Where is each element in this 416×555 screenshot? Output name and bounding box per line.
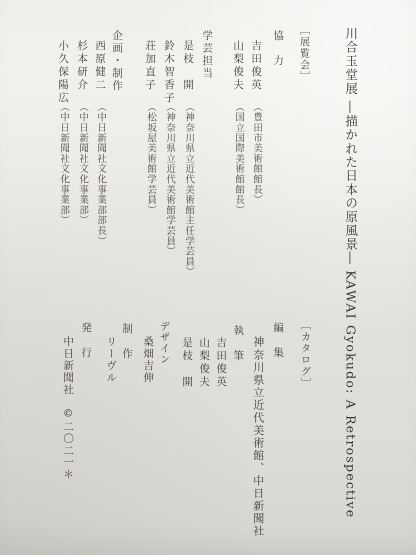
person-affiliation: （神奈川県立近代美術館主任学芸員） — [183, 102, 194, 277]
curator-person: 荘加直子（松坂屋美術館学芸員） — [143, 40, 156, 215]
editing-value: 神奈川県立近代美術館、中日新聞社 — [251, 336, 265, 538]
person-affiliation: （松坂屋美術館学芸員） — [145, 102, 156, 215]
publisher-value: 中日新聞社 ©二〇二一＊ — [61, 336, 74, 480]
curator-person: 是枝 開（神奈川県立近代美術館主任学芸員） — [181, 40, 194, 277]
person-name: 杉本研介 — [75, 40, 88, 102]
editing-label: 編 集 — [271, 322, 284, 360]
writing-label: 執 筆 — [231, 325, 244, 363]
person-affiliation: （中日新聞社文化事業部） — [58, 102, 69, 226]
writer-name: 山梨俊夫 — [197, 337, 210, 389]
curator-person: 鈴木智香子（神奈川県立近代美術館学芸員） — [162, 40, 175, 257]
person-name: 山梨俊夫 — [231, 40, 244, 102]
person-name: 鈴木智香子 — [162, 40, 175, 102]
cooperation-person: 山梨俊夫（国立国際美術館館長） — [231, 40, 244, 215]
curators-label: 学芸担当 — [200, 30, 213, 80]
person-name: 吉田俊英 — [249, 40, 262, 102]
person-affiliation: （中日新聞社文化事業部） — [77, 102, 88, 226]
writer-name: 吉田俊英 — [214, 337, 227, 389]
person-name: 是枝 開 — [181, 40, 194, 102]
planning-label: 企画・制作 — [110, 30, 123, 93]
cooperation-label: 協 力 — [271, 30, 284, 68]
person-affiliation: （神奈川県立近代美術館学芸員） — [164, 102, 175, 257]
person-affiliation: （中日新聞社文化事業部部長） — [95, 102, 106, 246]
planning-person: 杉本研介（中日新聞社文化事業部） — [75, 40, 88, 226]
person-affiliation: （国立国際美術館館長） — [233, 102, 244, 215]
exhibition-section-header: ［展覧会］ — [296, 25, 309, 83]
planning-person: 小久保陽広（中日新聞社文化事業部） — [56, 40, 69, 226]
page-title: 川合玉堂展 ―描かれた日本の原風景― KAWAI Gyokudo: A Retr… — [343, 27, 359, 518]
person-name: 西原健二 — [93, 40, 106, 102]
person-name: 荘加直子 — [143, 40, 156, 102]
planning-person: 西原健二（中日新聞社文化事業部部長） — [93, 40, 106, 246]
design-value: 桑畑吉伸 — [141, 336, 154, 384]
design-label: デザイン — [156, 321, 169, 365]
book-page: 川合玉堂展 ―描かれた日本の原風景― KAWAI Gyokudo: A Retr… — [0, 0, 416, 555]
catalog-section-header: ［カタログ］ — [297, 320, 310, 389]
production-label: 制 作 — [120, 323, 133, 361]
person-name: 小久保陽広 — [56, 40, 69, 102]
person-affiliation: （豊田市美術館館長） — [251, 102, 262, 205]
publisher-label: 発 行 — [79, 322, 92, 360]
production-value: リーヴル — [104, 336, 117, 384]
writer-name: 是枝 開 — [180, 337, 193, 389]
cooperation-person: 吉田俊英（豊田市美術館館長） — [249, 40, 262, 205]
